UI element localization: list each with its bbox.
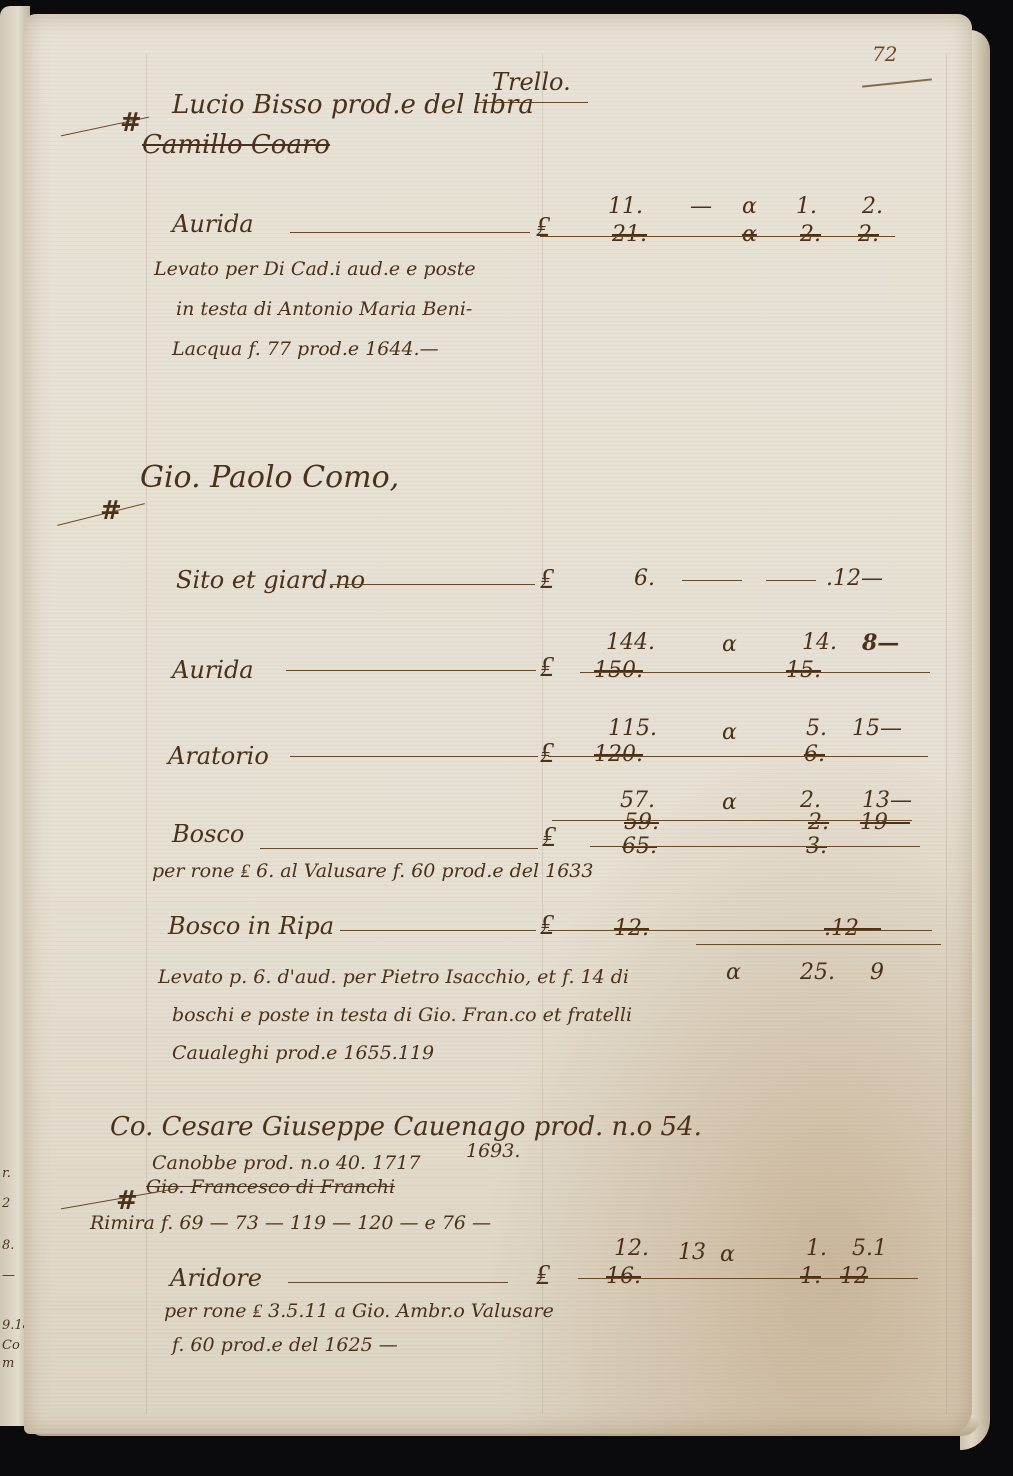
cross-reference: Rimira f. 69 — 73 — 119 — 120 — e 76 — (90, 1212, 491, 1234)
owner-name: Co. Cesare Giuseppe Cauenago prod. n.o 5… (110, 1112, 702, 1142)
strike-line (590, 846, 920, 847)
value-lire-b: 1. (806, 1236, 827, 1261)
value-soldi: 14. (802, 630, 837, 655)
value-soldi: 13 (678, 1240, 706, 1265)
section-mark: # (100, 496, 122, 526)
strike-line (578, 1278, 918, 1279)
value-soldi-mark: ɑ (722, 720, 737, 745)
value-denari: 8— (862, 630, 899, 656)
lira-symbol: ₤ (542, 820, 556, 854)
owner-name-struck: Gio. Francesco di Franchi (146, 1176, 395, 1198)
entry-note-line: Caualeghi prod.e 1655.119 (172, 1042, 434, 1064)
value-soldi-mark: ɑ (722, 632, 737, 657)
entry-note-line: f. 60 prod.e del 1625 — (172, 1334, 398, 1356)
value-denari: .12— (824, 916, 881, 941)
entry-note-line: in testa di Antonio Maria Beni- (176, 298, 472, 320)
owner-year: 1693. (466, 1140, 520, 1162)
entry-label: Bosco (172, 820, 244, 848)
leader-line (340, 930, 536, 931)
lira-symbol: ₤ (540, 650, 554, 684)
value-denari-struck: 19— (860, 810, 910, 835)
entry-note-line: boschi e poste in testa di Gio. Fran.co … (172, 1004, 632, 1026)
value-soldi-struck: 2. (800, 222, 821, 247)
value-lire-b-struck: 1. (800, 1264, 821, 1289)
leader-line (286, 670, 536, 671)
value-dash-line (766, 580, 816, 581)
value-lire-struck: 120. (594, 742, 643, 767)
value-lire: 11. (608, 194, 643, 219)
strike-line (552, 820, 912, 821)
column-line (946, 54, 947, 1414)
lira-symbol: ₤ (536, 210, 550, 244)
total-soldi: 25. (800, 960, 835, 985)
value-dash: — (690, 194, 712, 219)
value-soldi: 5. (806, 716, 827, 741)
strike-line (540, 236, 895, 237)
entry-note-line: Lacqua f. 77 prod.e 1644.— (172, 338, 439, 360)
value-soldi: 1. (796, 194, 817, 219)
value-soldi-mark: ɑ (722, 790, 737, 815)
value-soldi-mark: ɑ (720, 1242, 735, 1267)
entry-label: Aurida (172, 210, 254, 238)
total-rule (696, 944, 941, 945)
lira-symbol: ₤ (536, 1258, 550, 1292)
value-lire: 6. (634, 566, 655, 591)
entry-label: Aurida (172, 656, 254, 684)
value-lire: 12. (614, 1236, 649, 1261)
value-soldi-mark: ɑ (742, 194, 757, 219)
value-denari-struck: 12 (840, 1264, 868, 1289)
value-denari: .12— (826, 566, 883, 591)
value-lire: 12. (614, 916, 649, 941)
entry-label: Sito et giard.no (176, 566, 365, 594)
leader-line (290, 756, 538, 757)
value-lire-struck: 150. (594, 658, 643, 683)
lira-symbol: ₤ (540, 562, 554, 596)
value-dash-line (682, 580, 742, 581)
entry-note-line: per rone ₤ 6. al Valusare f. 60 prod.e d… (152, 860, 593, 883)
entry-label: Aridore (170, 1264, 262, 1292)
value-denari: 2. (862, 194, 883, 219)
facing-page-fragment: 8. (2, 1238, 14, 1253)
owner-name-struck: Camillo Coaro (142, 130, 330, 160)
value-soldi-struck: 6. (804, 742, 825, 767)
value-denari: 15— (852, 716, 902, 741)
value-lire-struck: 59. (624, 810, 659, 835)
entry-label: Aratorio (168, 742, 269, 770)
facing-page-fragment: 2 (2, 1196, 10, 1211)
value-lire-struck: 16. (606, 1264, 641, 1289)
entry-note-line: Levato p. 6. d'aud. per Pietro Isacchio,… (158, 966, 629, 988)
value-soldi-struck: 2. (808, 810, 829, 835)
strike-line (548, 930, 932, 931)
lira-symbol: ₤ (540, 908, 554, 942)
value-soldi-mark-struck: ɑ (742, 222, 757, 247)
column-line (542, 54, 543, 1414)
entry-note-line: Levato per Di Cad.i aud.e e poste (154, 258, 476, 280)
strike-line (548, 756, 928, 757)
facing-page-fragment: m (2, 1356, 14, 1371)
total-denari: 9 (870, 960, 884, 985)
leader-line (288, 1282, 508, 1283)
owner-name-secondary: Canobbe prod. n.o 40. 1717 (152, 1152, 420, 1174)
entry-label: Bosco in Ripa (168, 912, 334, 940)
margin-line (146, 54, 147, 1414)
facing-page-fragment: Co (2, 1338, 20, 1353)
section-mark: # (120, 108, 142, 138)
value-lire: 144. (606, 630, 655, 655)
value-denari: 5.1 (852, 1236, 887, 1261)
value-soldi-struck: 15. (786, 658, 821, 683)
value-denari-struck: 2. (858, 222, 879, 247)
facing-page-fragment: r. (2, 1166, 11, 1181)
value-lire-struck: 21. (612, 222, 647, 247)
owner-name: Lucio Bisso prod.e del libra (172, 90, 534, 120)
lira-symbol: ₤ (540, 736, 554, 770)
total-soldi-mark: ɑ (726, 960, 741, 985)
folio-number: 72 (872, 42, 897, 66)
value-lire: 115. (608, 716, 657, 741)
facing-page-fragment: — (2, 1268, 15, 1283)
entry-note-line: per rone ₤ 3.5.11 a Gio. Ambr.o Valusare (164, 1300, 554, 1323)
leader-line (290, 232, 530, 233)
leader-line (260, 848, 538, 849)
leader-line (330, 584, 535, 585)
owner-name: Gio. Paolo Como, (140, 460, 399, 495)
strike-line (580, 672, 930, 673)
